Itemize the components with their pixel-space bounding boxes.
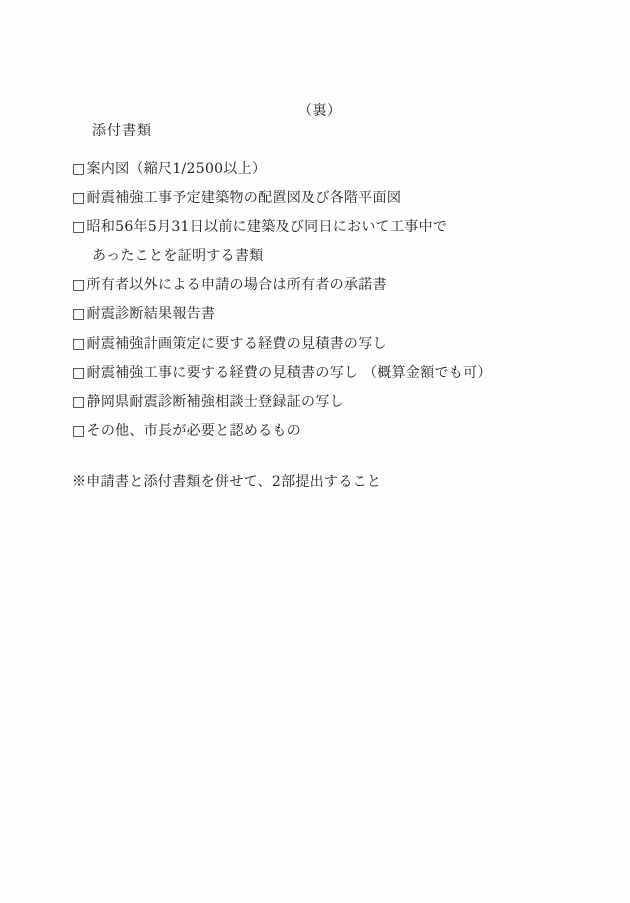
checklist-item-text: その他、市長が必要と認めるもの xyxy=(87,423,302,439)
checklist-item-guide-map: □案内図（縮尺1/2500以上） xyxy=(72,155,592,184)
checklist-item-site-floor-plans: □耐震補強工事予定建築物の配置図及び各階平面図 xyxy=(72,184,592,213)
checklist-item-diagnosis-report: □耐震診断結果報告書 xyxy=(72,300,592,329)
checkbox-icon: □ xyxy=(72,388,86,417)
checklist-item-consultant-registration: □静岡県耐震診断補強相談士登録証の写し xyxy=(72,388,592,417)
checklist-item-text: 耐震補強計画策定に要する経費の見積書の写し xyxy=(87,336,387,352)
checkbox-icon: □ xyxy=(72,330,86,359)
section-title: 添付書類 xyxy=(92,120,152,140)
checklist-item-text: 静岡県耐震診断補強相談士登録証の写し xyxy=(87,394,344,410)
checklist-item-text: 耐震補強工事に要する経費の見積書の写し （概算金額でも可） xyxy=(87,365,492,381)
checklist-item-other-mayor-required: □その他、市長が必要と認めるもの xyxy=(72,417,592,446)
page-side-label: （裏） xyxy=(298,100,342,120)
checklist-item-construction-proof: □昭和56年5月31日以前に建築及び同日において工事中で xyxy=(72,213,592,242)
checklist-item-text: 案内図（縮尺1/2500以上） xyxy=(87,161,267,177)
checklist-item-text: 耐震補強工事予定建築物の配置図及び各階平面図 xyxy=(87,190,402,206)
checkbox-icon: □ xyxy=(72,417,86,446)
checkbox-icon: □ xyxy=(72,271,86,300)
attachment-checklist: □案内図（縮尺1/2500以上） □耐震補強工事予定建築物の配置図及び各階平面図… xyxy=(72,155,592,446)
checkbox-icon: □ xyxy=(72,300,86,329)
checklist-item-work-estimate-copy: □耐震補強工事に要する経費の見積書の写し （概算金額でも可） xyxy=(72,359,592,388)
checklist-item-owner-consent: □所有者以外による申請の場合は所有者の承諾書 xyxy=(72,271,592,300)
checklist-item-text: 耐震診断結果報告書 xyxy=(87,306,216,322)
document-page: （裏） 添付書類 □案内図（縮尺1/2500以上） □耐震補強工事予定建築物の配… xyxy=(0,0,630,903)
checklist-item-text: 昭和56年5月31日以前に建築及び同日において工事中で xyxy=(87,219,448,235)
checklist-item-construction-proof-continuation: あったことを証明する書類 xyxy=(72,242,592,271)
checklist-item-plan-estimate-copy: □耐震補強計画策定に要する経費の見積書の写し xyxy=(72,330,592,359)
checkbox-icon: □ xyxy=(72,184,86,213)
submission-note: ※申請書と添付書類を併せて、2部提出すること xyxy=(72,468,381,497)
checkbox-icon: □ xyxy=(72,213,86,242)
checkbox-icon: □ xyxy=(72,359,86,388)
checkbox-icon: □ xyxy=(72,155,86,184)
checklist-item-text: 所有者以外による申請の場合は所有者の承諾書 xyxy=(87,277,387,293)
